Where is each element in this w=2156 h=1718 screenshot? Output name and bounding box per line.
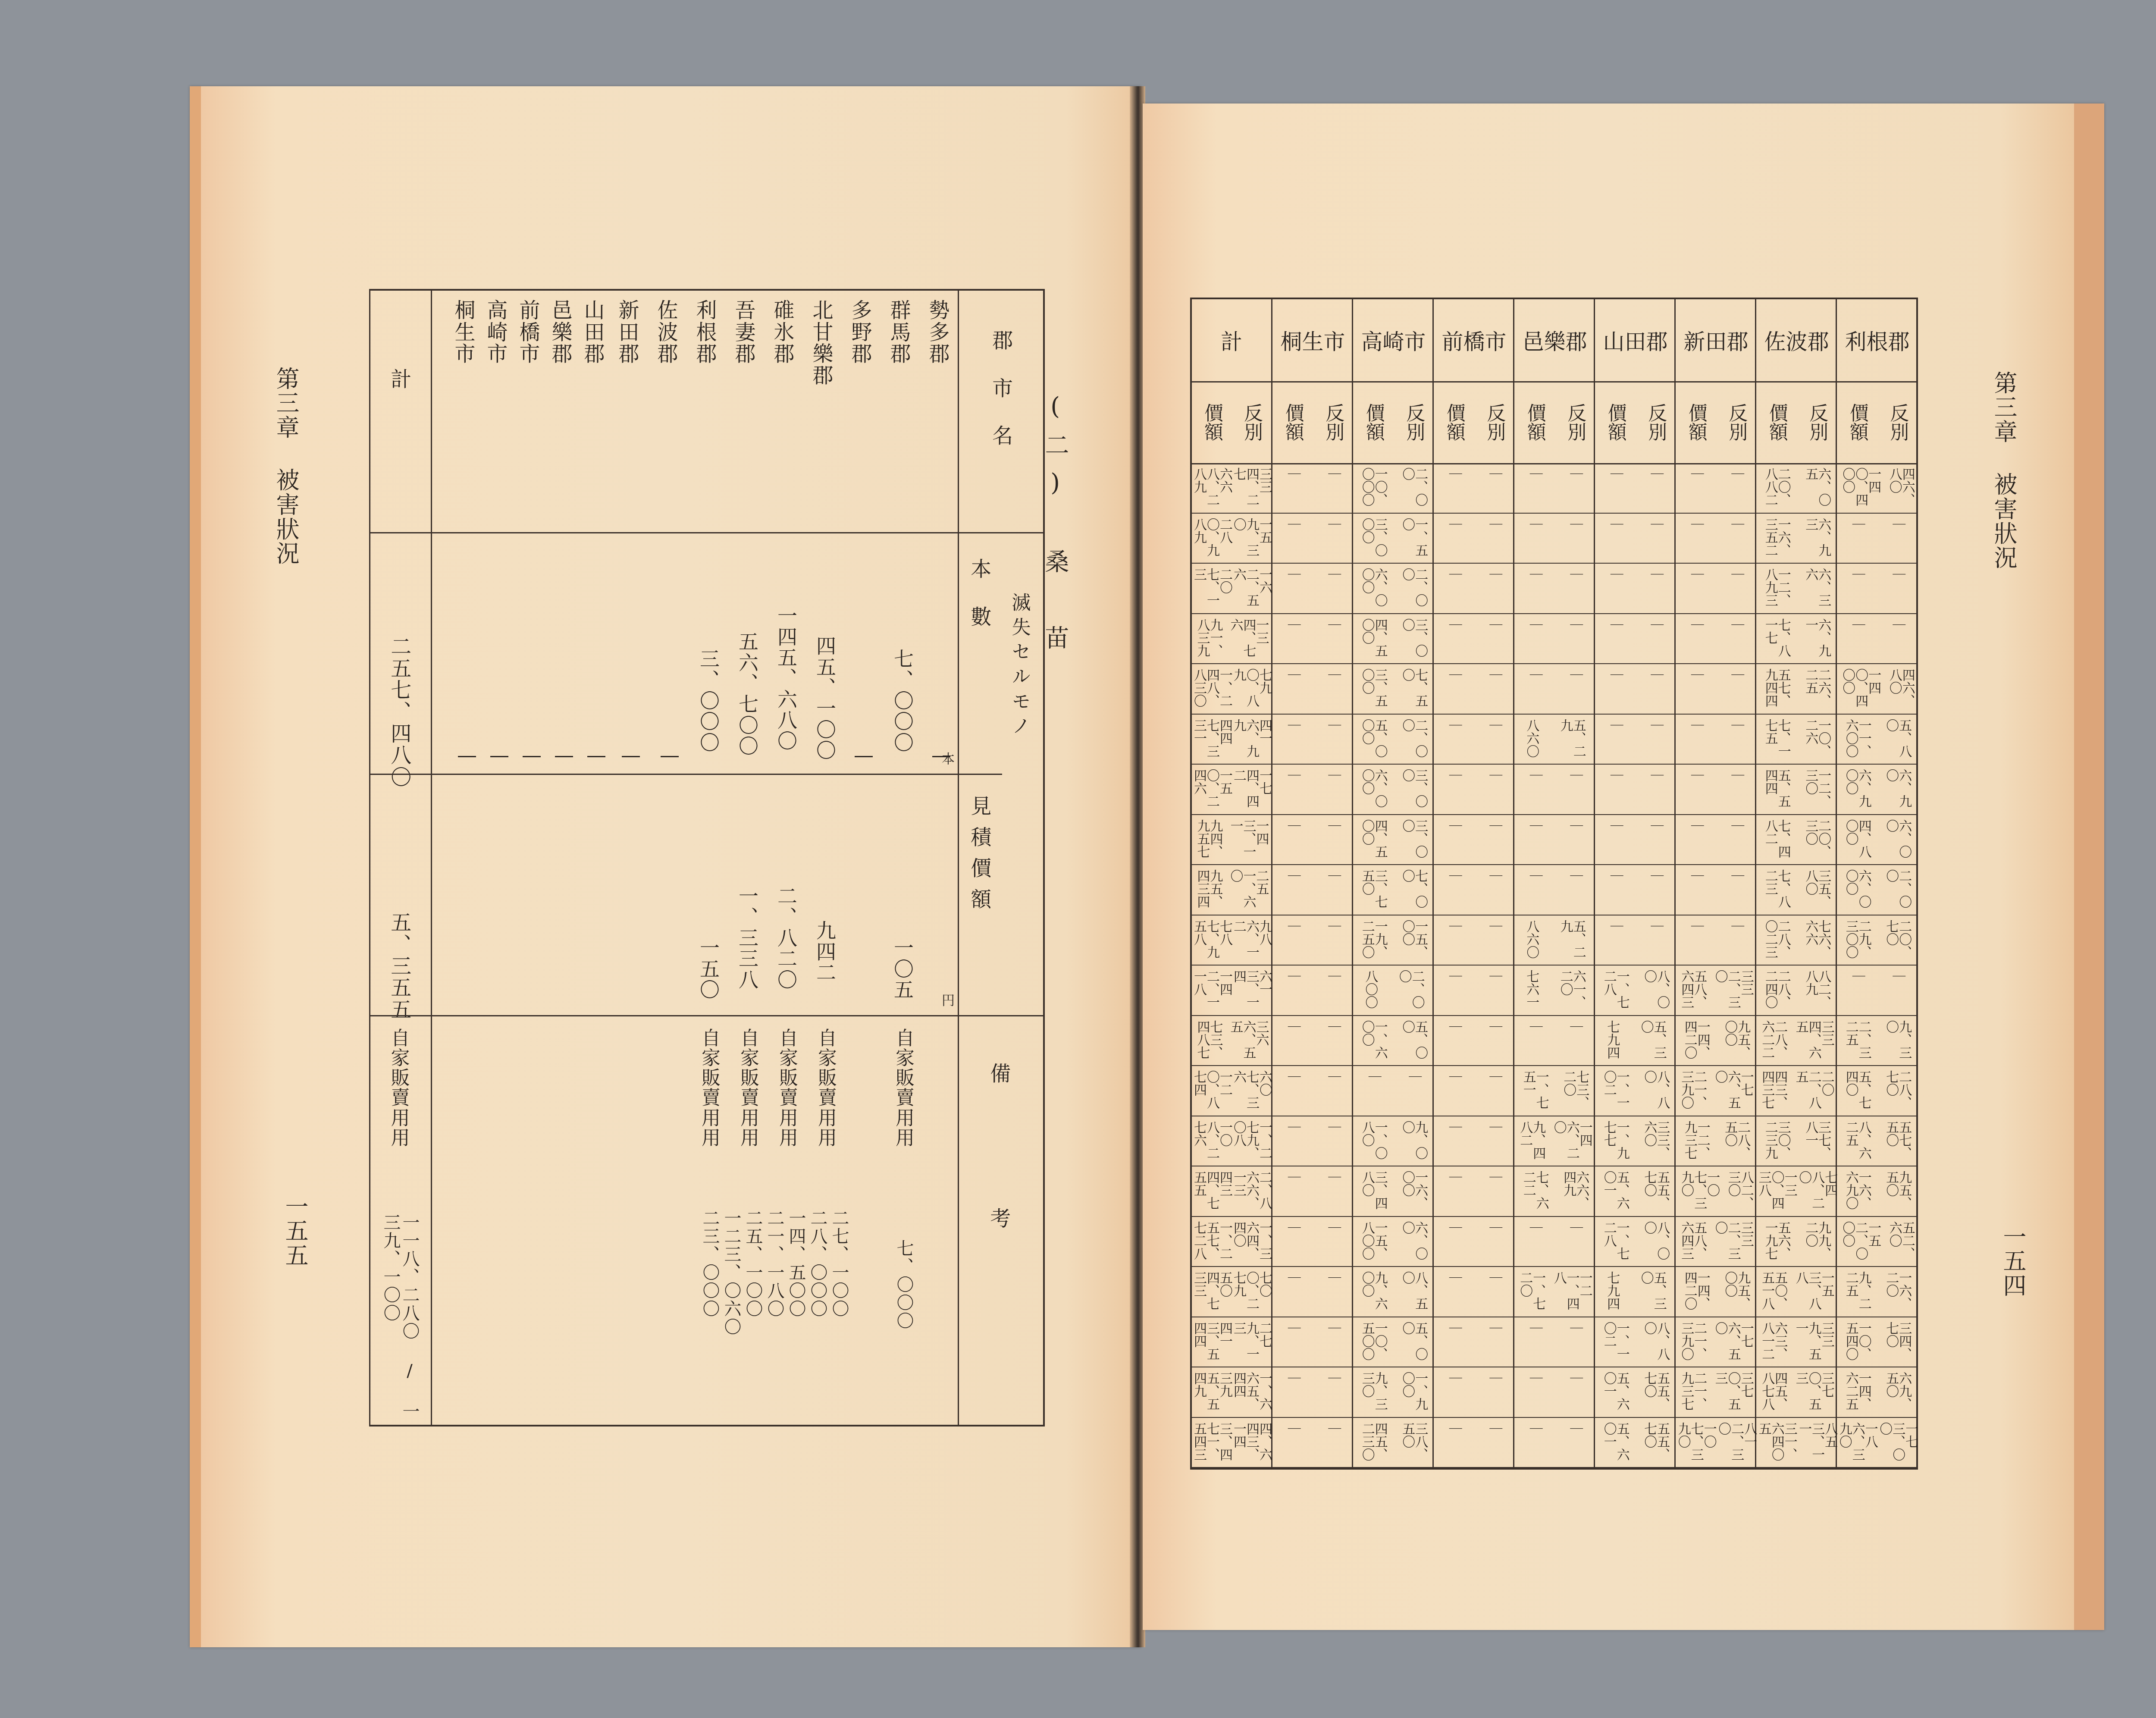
value-cell: ｜ [1286, 467, 1299, 480]
value-cell: ｜ [1448, 1121, 1460, 1134]
area-cell: 六〇七、三六 [1232, 1070, 1271, 1116]
area-cell: 四、六四三、一四 [1232, 1422, 1271, 1467]
area-cell: 一六、〇〇 [1401, 1171, 1426, 1216]
value-cell: ｜ [1609, 668, 1622, 681]
column-header: 桐生市 [1272, 299, 1353, 382]
value-cell: ｜ [1609, 518, 1622, 531]
area-cell: 五、二九 [1559, 920, 1585, 965]
table-row: 五八、六四三三三二、三〇 [1676, 1217, 1756, 1267]
value-cell: 一、一〇二 [1602, 1322, 1628, 1367]
mulberry-seedling-table: 郡市名 本數 滅失セルモノ 見積價額 備考 計 二五七、四八〇 五、三五五 自家… [369, 289, 1045, 1426]
area-cell: 三三四、六五 [1794, 1020, 1833, 1066]
area-cell: 七、五〇 [1401, 668, 1426, 714]
table-row: 一二、九三七二八、五〇 [1676, 1116, 1756, 1167]
table-row: 七六一六一、二〇 [1514, 966, 1595, 1016]
table-row: 一八六、三九〇一七三、〇〇 [1837, 1418, 1918, 1468]
table-row: ｜｜ [1272, 564, 1353, 614]
area-cell: 三七〇、五三 [1714, 1372, 1752, 1417]
value-cell: ｜ [1689, 518, 1702, 531]
area-cell: ｜ [1730, 920, 1742, 933]
area-cell: ｜ [1730, 568, 1742, 581]
table-row: ｜｜ [1514, 1367, 1595, 1418]
area-cell: 九五、〇〇 [1723, 1020, 1749, 1066]
area-cell: 八、〇〇 [1642, 970, 1668, 1015]
table-row: ｜｜ [1514, 815, 1595, 865]
note-count-cell: 二三、〇〇〇 [694, 1209, 720, 1318]
table-row: 九、四八二一四六、二〇 [1514, 1116, 1595, 1167]
area-cell: 九五、五〇 [1884, 1171, 1910, 1216]
area-cell: 一四六、二〇 [1552, 1121, 1591, 1166]
area-cell: ｜ [1488, 1322, 1501, 1335]
subheader-value: 價額 [1763, 403, 1790, 441]
value-cell: ｜ [1609, 719, 1622, 732]
value-cell: 七、六二二 [1522, 1171, 1548, 1216]
value-cell: 三、四七一、五四三 [1192, 1422, 1231, 1467]
subheader-value: 價額 [1360, 403, 1387, 441]
district-name: 多野郡 [849, 299, 875, 364]
area-cell: 五五、七〇 [1642, 1422, 1668, 1467]
value-cell: 一二、八九三 [1764, 568, 1789, 613]
area-cell: ｜ [1568, 1020, 1581, 1033]
value-cell: ｜ [1448, 1070, 1460, 1083]
value-cell: ｜ [1689, 869, 1702, 882]
total-label: 計 [388, 368, 411, 390]
table-row: ｜｜ [1272, 1367, 1353, 1418]
value-cell: ｜ [1609, 920, 1622, 933]
table-row: 一六、三五二六、九三 [1756, 514, 1837, 564]
area-cell: ｜ [1891, 618, 1904, 631]
table-row: 七、六二二六六、四九 [1514, 1166, 1595, 1217]
table-row: ｜｜ [1837, 564, 1918, 614]
area-cell: ｜ [1730, 769, 1742, 782]
value-cell: 八六〇 [1525, 920, 1538, 959]
table-row: ｜｜ [1514, 514, 1595, 564]
count-cell: 四五、一〇〇 [810, 636, 836, 761]
table-row: 四、五〇〇三、〇〇 [1353, 614, 1434, 665]
area-cell: 九、〇〇 [1401, 1121, 1426, 1166]
value-cell: 一五〇、二四六 [1192, 769, 1231, 814]
area-cell: ｜ [1488, 970, 1501, 983]
value-cell: ｜ [1286, 1171, 1299, 1184]
table-row: 二一、三九〇一七六、五〇 [1676, 1317, 1756, 1368]
value-cell: ｜ [1286, 1422, 1299, 1435]
area-cell: 九、三〇 [1884, 1020, 1910, 1066]
area-cell: ｜ [1891, 568, 1904, 581]
table-row: 一〇七、三九〇八一二、三〇 [1676, 1418, 1756, 1468]
value-cell: 九五、四三四 [1196, 869, 1222, 915]
value-cell: 七九四 [1605, 1271, 1618, 1310]
table-row: 一〇、〇〇〇二、〇〇 [1353, 463, 1434, 514]
table-row: ｜｜ [1272, 614, 1353, 665]
value-cell: ｜ [1286, 518, 1299, 531]
value-cell: 五〇四、七三三 [1192, 1271, 1231, 1317]
area-cell: 二、〇〇 [1401, 568, 1426, 613]
value-cell: 二一、三九〇 [1680, 1070, 1705, 1116]
value-cell: 七三、四八七 [1196, 1020, 1222, 1066]
value-cell: 一、〇八〇 [1360, 1121, 1386, 1166]
table-row: ｜｜ [1595, 463, 1676, 514]
table-row: 二八、二四〇八二、八九 [1756, 966, 1837, 1016]
value-cell: 四一三、五四四 [1192, 1322, 1231, 1367]
left-page-number: 一五五 [279, 1194, 312, 1268]
area-cell: 六、九〇 [1884, 769, 1910, 814]
area-cell: ｜ [1568, 1422, 1581, 1435]
value-cell: ｜ [1689, 668, 1702, 681]
value-cell: ｜ [1689, 568, 1702, 581]
value-cell: 一九、二五〇 [1360, 920, 1386, 965]
area-cell: 一、六六五、四四 [1232, 1372, 1271, 1417]
district-name: 勢多郡 [927, 299, 953, 364]
area-cell: 九八六、一二 [1232, 920, 1271, 965]
value-cell: ｜ [1286, 668, 1299, 681]
area-cell: 五、〇〇 [1401, 1322, 1426, 1367]
area-cell: 一五、〇〇 [1401, 920, 1426, 965]
value-cell: 七、四八二 [1764, 819, 1789, 865]
value-cell: ｜ [1528, 1020, 1541, 1033]
value-cell: 五、六〇一 [1602, 1422, 1628, 1467]
value-cell: 九、四八二 [1518, 1121, 1544, 1166]
value-cell: ｜ [1367, 1070, 1380, 1083]
area-cell: ｜ [1488, 869, 1501, 882]
header-value: 見積價額 [968, 795, 990, 919]
table-row: ｜｜ [1434, 765, 1514, 815]
table-row: 三九五、五四九一、六六五、四四 [1192, 1367, 1271, 1418]
table-row: 三、七五〇七、〇〇 [1353, 865, 1434, 915]
value-cell: 五六、一九七 [1764, 1221, 1789, 1267]
table-row: 一、一〇二八、八〇 [1595, 1066, 1676, 1116]
area-cell: 二〇二、八五 [1794, 1070, 1833, 1116]
value-cell: 九、三三〇 [1360, 1372, 1386, 1417]
total-count: 二五七、四八〇 [388, 636, 411, 788]
value-cell: ｜ [1609, 568, 1622, 581]
subheader-area: 反別 [1803, 403, 1830, 441]
area-cell: 八、五〇 [1401, 1271, 1426, 1317]
section-title: (二) 桑 苗 [1042, 392, 1069, 661]
table-row: ｜｜ [1676, 614, 1756, 665]
area-cell: 五、二九 [1559, 719, 1585, 764]
value-cell: 三、七五〇 [1360, 869, 1386, 915]
value-cell: ｜ [1448, 1020, 1460, 1033]
subheader-area: 反別 [1883, 403, 1911, 441]
value-cell: ｜ [1448, 1221, 1460, 1234]
value-cell: 一一、六〇〇 [1844, 719, 1870, 764]
district-name: 前橋市 [517, 299, 543, 364]
value-cell: ｜ [1528, 1221, 1541, 1234]
table-row: 二一、九三七三七〇、五三 [1676, 1367, 1756, 1418]
value-cell: 一、三三八 [733, 886, 758, 990]
table-row: 一、一〇二八、八〇 [1595, 1317, 1676, 1368]
value-cell: ｜ [1448, 1171, 1460, 1184]
table-row: ｜｜ [1434, 1317, 1514, 1368]
area-cell: ｜ [1891, 518, 1904, 531]
count-cell: — [616, 743, 642, 768]
table-row: ｜｜ [1272, 1116, 1353, 1167]
value-cell: 六、〇〇〇 [1844, 869, 1870, 915]
area-cell: 一六二、五六 [1232, 568, 1271, 613]
area-cell: ｜ [1488, 668, 1501, 681]
area-cell: ｜ [1326, 1121, 1339, 1134]
value-cell: 一六、三五二 [1764, 518, 1789, 563]
area-cell: ｜ [1326, 618, 1339, 631]
table-row: 一〇八、二七六一、二七九、〇八 [1192, 1116, 1271, 1167]
table-row: ｜｜ [1434, 1367, 1514, 1418]
area-cell: 一、三六四、四〇 [1232, 1221, 1271, 1267]
area-cell: 三七〇、五三 [1794, 1372, 1833, 1417]
table-row: ｜｜ [1272, 1317, 1353, 1368]
area-cell: ｜ [1326, 719, 1339, 732]
area-cell: ｜ [1326, 920, 1339, 933]
area-cell: ｜ [1568, 518, 1581, 531]
value-cell: 二〇、八八二 [1764, 467, 1789, 513]
table-row: 三、〇〇〇一、五〇 [1353, 514, 1434, 564]
table-row: 一九、二五〇一五、〇〇 [1353, 915, 1434, 966]
value-cell: ｜ [1851, 970, 1864, 983]
value-cell: 九四、九五七 [1196, 819, 1222, 865]
subheader-value: 價額 [1521, 403, 1548, 441]
value-cell: 一〇、五四〇 [1844, 1322, 1870, 1367]
area-cell: 二〇、三〇 [1804, 819, 1830, 865]
table-row: ｜｜ [1272, 664, 1353, 715]
value-cell: 四三四、七五五 [1192, 1171, 1231, 1216]
column-header: 高崎市 [1353, 299, 1434, 382]
note-cell: 自家販賣用用 [810, 1028, 836, 1147]
area-cell: 七四八、二〇 [1797, 1171, 1836, 1216]
value-cell: 一、七五一 [1522, 1070, 1548, 1116]
table-row: 二〇、八八二六、〇五 [1756, 463, 1837, 514]
value-cell: 二、三二五 [1844, 1020, 1870, 1066]
value-cell: ｜ [1286, 1322, 1299, 1335]
table-row: ｜｜ [1514, 1217, 1595, 1267]
table-row: ｜｜ [1434, 1016, 1514, 1066]
table-row: ｜｜ [1837, 614, 1918, 665]
area-cell: 二、〇〇 [1398, 970, 1423, 1015]
area-cell: 一六、二〇 [1884, 1271, 1910, 1317]
value-cell: ｜ [1286, 819, 1299, 832]
area-cell: ｜ [1326, 1020, 1339, 1033]
area-cell: ｜ [1730, 467, 1742, 480]
area-cell: ｜ [1568, 568, 1581, 581]
table-row: 四、八〇〇六、〇〇 [1837, 815, 1918, 865]
subheader-area: 反別 [1722, 403, 1750, 441]
value-cell: 一四、四二〇 [1683, 1271, 1709, 1317]
table-row: ｜｜ [1514, 463, 1595, 514]
value-cell: 一四〇、四〇〇 [1841, 668, 1880, 714]
area-cell: 六、九三 [1804, 518, 1830, 563]
table-row: ｜｜ [1272, 865, 1353, 915]
table-row: 九、二二五一六、二〇 [1837, 1267, 1918, 1317]
area-cell: ｜ [1326, 467, 1339, 480]
right-page-number: 一五四 [1996, 1225, 2030, 1298]
table-row: ｜｜ [1514, 564, 1595, 614]
table-row: 一、七二八八、〇〇 [1595, 1217, 1676, 1267]
area-cell: 五、三〇 [1639, 1271, 1665, 1317]
table-row: ｜｜ [1272, 815, 1353, 865]
area-cell: 三、〇〇 [1401, 819, 1426, 865]
value-cell: ｜ [1609, 618, 1622, 631]
table-row: ｜｜ [1272, 1267, 1353, 1317]
table-row: 四四七、三三一四一六、九九 [1192, 715, 1271, 765]
column-nitta: 新田郡 價額反別 ｜｜｜｜｜｜｜｜｜｜｜｜｜｜｜｜｜｜｜｜五八、六四三三三二、三… [1674, 299, 1756, 1468]
area-cell: 二八、七〇 [1884, 1070, 1910, 1116]
right-running-head: 第三章 被害狀況 [1992, 371, 2015, 571]
area-cell: 二五一、六〇 [1229, 869, 1268, 915]
total-column: 計 二五七、四八〇 五、三五五 自家販賣用用 一一八、二八〇 / 一三九、一〇〇 [370, 291, 432, 1425]
table-row: 五〇、五一八一五三、八八 [1756, 1267, 1837, 1317]
value-cell: ｜ [1689, 769, 1702, 782]
value-cell: 二一、九三七 [1680, 1372, 1705, 1417]
area-cell: 八、八〇 [1642, 1322, 1668, 1367]
area-cell: ｜ [1891, 970, 1904, 983]
value-cell: 一六、六九〇 [1844, 1171, 1870, 1216]
table-row: 五、六〇一五五、七〇 [1595, 1367, 1676, 1418]
column-header: 佐波郡 [1756, 299, 1837, 382]
table-row: 一一、六〇〇五、八〇 [1837, 715, 1918, 765]
column-tone: 利根郡 價額反別 一四〇、四〇〇四六、八〇｜｜｜｜｜｜一四〇、四〇〇四六、八〇一… [1836, 299, 1918, 1468]
note-cell: 自家販賣用用 [771, 1028, 797, 1147]
table-row: ｜｜ [1434, 815, 1514, 865]
area-cell: ｜ [1488, 719, 1501, 732]
value-cell: 六、〇〇〇 [1360, 568, 1386, 613]
table-row: 一四〇、四〇〇四六、八〇 [1837, 664, 1918, 715]
table-row: ｜｜ [1676, 915, 1756, 966]
value-cell: ｜ [1851, 518, 1864, 531]
area-cell: ｜ [1649, 869, 1662, 882]
area-cell: ｜ [1649, 518, 1662, 531]
area-cell: ｜ [1326, 1422, 1339, 1435]
table-row: 五、六〇一五五、七〇 [1595, 1418, 1676, 1468]
value-cell: 一五〇 [694, 937, 720, 1000]
table-row: ｜｜ [1434, 1418, 1514, 1468]
header-district-name: 郡市名 [989, 329, 1012, 472]
table-row: 一〇、五四〇三四、七〇 [1837, 1317, 1918, 1368]
value-cell: 五、〇〇〇 [1360, 719, 1386, 764]
area-cell: 二、〇〇 [1401, 467, 1426, 513]
table-row: 二一、三九〇一七六、五〇 [1676, 1066, 1756, 1116]
table-row: ｜｜ [1837, 514, 1918, 564]
area-cell: ｜ [1326, 568, 1339, 581]
area-cell: 三三九、五一 [1794, 1322, 1833, 1367]
area-cell: 二七九、一三 [1232, 1322, 1271, 1367]
value-cell: ｜ [1286, 970, 1299, 983]
table-row: 三、五〇〇七、五〇 [1353, 664, 1434, 715]
value-cell: 七、八二三 [1764, 869, 1789, 915]
area-cell: 一五九、三〇 [1232, 518, 1271, 563]
total-value: 五、三五五 [388, 912, 411, 1020]
table-row: 二八、〇二三七六、六六 [1756, 915, 1837, 966]
district-name: 邑樂郡 [549, 299, 575, 364]
note-cell: 自家販賣用用 [694, 1028, 720, 1147]
table-row: 一、〇八〇九、〇〇 [1353, 1116, 1434, 1167]
area-cell: ｜ [1730, 869, 1742, 882]
value-cell: ｜ [1528, 769, 1541, 782]
table-row: 九、六〇〇八、五〇 [1353, 1267, 1434, 1317]
area-cell: ｜ [1568, 869, 1581, 882]
area-cell: ｜ [1649, 568, 1662, 581]
area-cell: ｜ [1488, 1221, 1501, 1234]
area-cell: ｜ [1649, 769, 1662, 782]
value-cell: 五〇、五一八 [1760, 1271, 1786, 1317]
table-row: 七、八一七六、九一 [1756, 614, 1837, 665]
area-cell: 三三四、二七 [1232, 467, 1271, 513]
area-cell: 六一、二〇 [1559, 970, 1585, 1015]
table-row: 六、〇〇〇三、〇〇 [1353, 765, 1434, 815]
area-cell: ｜ [1568, 467, 1581, 480]
area-cell: 二、八六六、一三 [1232, 1171, 1271, 1216]
table-row: 一四〇、四〇〇四六、八〇 [1837, 463, 1918, 514]
area-cell: 五二、六〇 [1888, 1221, 1914, 1267]
area-cell: ｜ [1326, 869, 1339, 882]
header-lost: 滅失セルモノ [1009, 593, 1029, 740]
table-row: 一、二四八、八三〇七九〇、八九 [1192, 664, 1271, 715]
table-row: 五、〇〇〇二、〇〇 [1353, 715, 1434, 765]
table-row: 一〇、五〇〇五、〇〇 [1353, 1317, 1434, 1368]
value-cell: 九一、八三九 [1196, 618, 1222, 664]
value-cell: 五八、六四三 [1680, 970, 1705, 1015]
area-cell: 六、三六 [1804, 568, 1830, 613]
value-cell: ｜ [1448, 518, 1460, 531]
count-unit: 本 [942, 752, 955, 766]
column-header: 計 [1192, 299, 1271, 382]
table-row: ｜｜ [1272, 1066, 1353, 1116]
table-row: 五七、九四四二六、二五 [1756, 664, 1837, 715]
value-cell: ｜ [1448, 1422, 1460, 1435]
area-cell: 三五、八〇 [1804, 869, 1830, 915]
area-cell: 五七、五〇 [1884, 1121, 1910, 1166]
table-row: ｜｜ [1434, 514, 1514, 564]
district-name: 碓氷郡 [771, 299, 797, 364]
table-row: ｜｜ [1676, 514, 1756, 564]
table-row: 三〇、二三九三七、八一 [1756, 1116, 1837, 1167]
area-cell: ｜ [1568, 1372, 1581, 1385]
area-cell: 一七六、五〇 [1714, 1070, 1752, 1116]
table-row: 一六、六九〇九五、五〇 [1837, 1166, 1918, 1217]
area-cell: 六六、四九 [1562, 1171, 1588, 1216]
value-cell: ｜ [1528, 819, 1541, 832]
note-cell: 自家販賣用用 [733, 1028, 758, 1147]
area-cell: 八、〇〇 [1642, 1221, 1668, 1267]
area-cell: 三、〇〇 [1401, 769, 1426, 814]
area-cell: ｜ [1488, 1121, 1501, 1134]
value-cell: 六三、八一二 [1760, 1322, 1786, 1367]
district-name: 吾妻郡 [733, 299, 758, 364]
district-name: 佐波郡 [655, 299, 681, 364]
table-row: ｜｜ [1514, 1418, 1595, 1468]
value-cell: 一八六、三九〇 [1838, 1422, 1877, 1467]
area-cell: 八五三、一一 [1797, 1422, 1836, 1467]
value-cell: 二一、三九〇 [1680, 1322, 1705, 1367]
value-cell: 一、九七七 [1602, 1121, 1628, 1166]
area-cell: 二、〇〇 [1401, 719, 1426, 764]
value-cell: ｜ [1448, 1372, 1460, 1385]
value-cell: 一二、九三七 [1683, 1121, 1709, 1166]
area-cell: 一三四、七六 [1229, 618, 1268, 664]
table-row: 二八、六二二三三四、六五 [1756, 1016, 1837, 1066]
value-cell: 三〇、二三九 [1764, 1121, 1789, 1166]
area-cell: 七、〇〇 [1401, 869, 1426, 915]
area-cell: 三八、五〇 [1401, 1422, 1426, 1467]
value-cell: 四五、八七八 [1760, 1372, 1786, 1417]
district-name: 北甘樂郡 [810, 299, 836, 386]
area-cell: 一七六、五〇 [1714, 1322, 1752, 1367]
area-cell: ｜ [1730, 819, 1742, 832]
area-cell: 七九〇、八九 [1232, 668, 1271, 714]
value-cell: 七六一 [1525, 970, 1538, 1009]
table-row: 一三〇、四三八七四八、二〇 [1756, 1166, 1837, 1217]
value-cell: ｜ [1528, 568, 1541, 581]
count-cell: 七、〇〇〇 [888, 649, 914, 753]
value-cell: ｜ [1286, 1070, 1299, 1083]
value-cell: 一、二四八、八三〇 [1192, 668, 1231, 714]
